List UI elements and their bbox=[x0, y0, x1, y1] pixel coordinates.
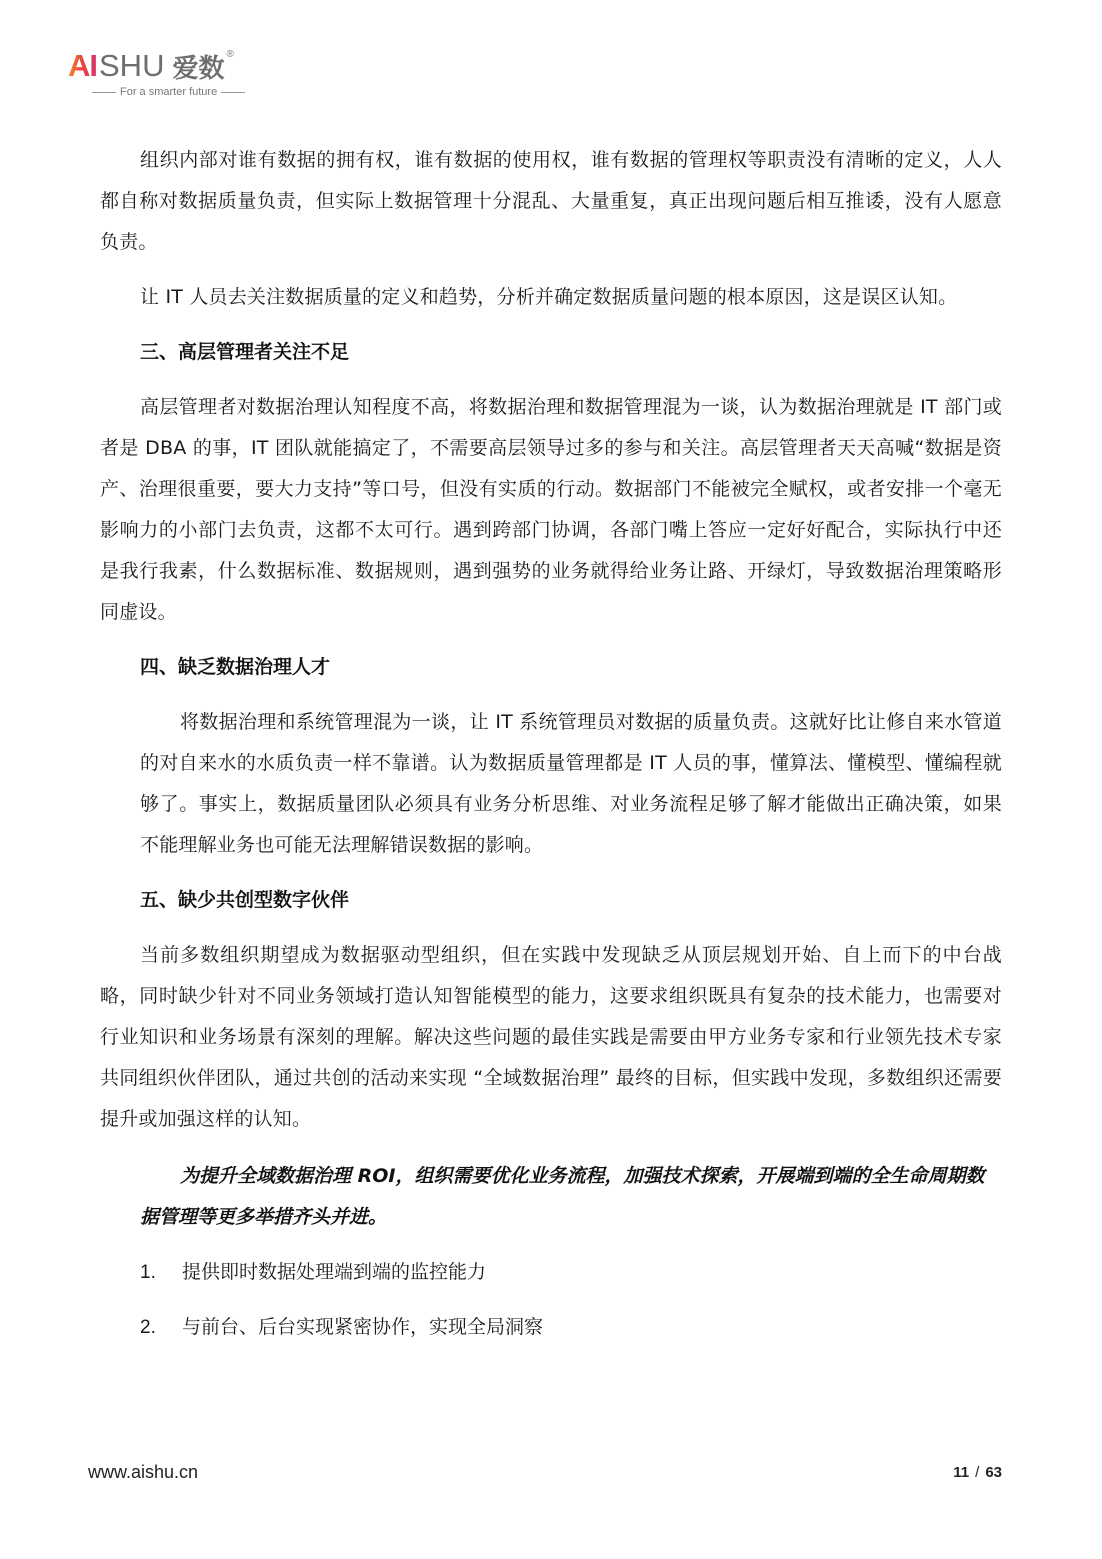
total-pages: 63 bbox=[985, 1464, 1002, 1481]
section-5-paragraph: 当前多数组织期望成为数据驱动型组织，但在实践中发现缺乏从顶层规划开始、自上而下的… bbox=[100, 935, 1002, 1140]
list-item: 2. 与前台、后台实现紧密协作，实现全局洞察 bbox=[140, 1307, 1002, 1348]
tagline-divider-left bbox=[92, 92, 116, 93]
page-number: 11/63 bbox=[953, 1464, 1002, 1481]
section-heading-3: 三、高层管理者关注不足 bbox=[100, 332, 1002, 373]
measures-list: 1. 提供即时数据处理端到端的监控能力 2. 与前台、后台实现紧密协作，实现全局… bbox=[100, 1252, 1002, 1348]
logo-chinese-text: 爱数 bbox=[172, 48, 224, 85]
emphasis-statement: 为提升全域数据治理 ROI，组织需要优化业务流程，加强技术探索，开展端到端的全生… bbox=[100, 1156, 1002, 1238]
list-item-text: 提供即时数据处理端到端的监控能力 bbox=[182, 1252, 486, 1293]
document-body: 组织内部对谁有数据的拥有权，谁有数据的使用权，谁有数据的管理权等职责没有清晰的定… bbox=[100, 140, 1002, 1348]
section-3-paragraph: 高层管理者对数据治理认知程度不高，将数据治理和数据管理混为一谈，认为数据治理就是… bbox=[100, 387, 1002, 633]
list-item-number: 1. bbox=[140, 1252, 182, 1293]
paragraph-it-misconception: 让 IT 人员去关注数据质量的定义和趋势，分析并确定数据质量问题的根本原因，这是… bbox=[100, 277, 1002, 318]
tagline-divider-right bbox=[221, 92, 245, 93]
logo-ai-mark: AI bbox=[68, 48, 97, 84]
website-link[interactable]: www.aishu.cn bbox=[88, 1462, 198, 1483]
tagline-text: For a smarter future bbox=[120, 86, 217, 98]
page-footer: www.aishu.cn 11/63 bbox=[88, 1462, 1002, 1483]
list-item-number: 2. bbox=[140, 1307, 182, 1348]
section-heading-5: 五、缺少共创型数字伙伴 bbox=[100, 880, 1002, 921]
logo-tagline: For a smarter future bbox=[88, 86, 249, 98]
logo-wordmark: AI SHU 爱数 ® bbox=[68, 48, 234, 84]
section-heading-4: 四、缺乏数据治理人才 bbox=[100, 647, 1002, 688]
section-4-paragraph: 将数据治理和系统管理混为一谈，让 IT 系统管理员对数据的质量负责。这就好比让修… bbox=[100, 702, 1002, 866]
logo-shu-text: SHU bbox=[99, 48, 164, 84]
list-item-text: 与前台、后台实现紧密协作，实现全局洞察 bbox=[182, 1307, 543, 1348]
company-logo: AI SHU 爱数 ® For a smarter future bbox=[68, 48, 288, 104]
current-page: 11 bbox=[953, 1464, 969, 1481]
paragraph-ownership: 组织内部对谁有数据的拥有权，谁有数据的使用权，谁有数据的管理权等职责没有清晰的定… bbox=[100, 140, 1002, 263]
page-separator: / bbox=[975, 1464, 979, 1481]
registered-mark-icon: ® bbox=[226, 49, 233, 60]
list-item: 1. 提供即时数据处理端到端的监控能力 bbox=[140, 1252, 1002, 1293]
